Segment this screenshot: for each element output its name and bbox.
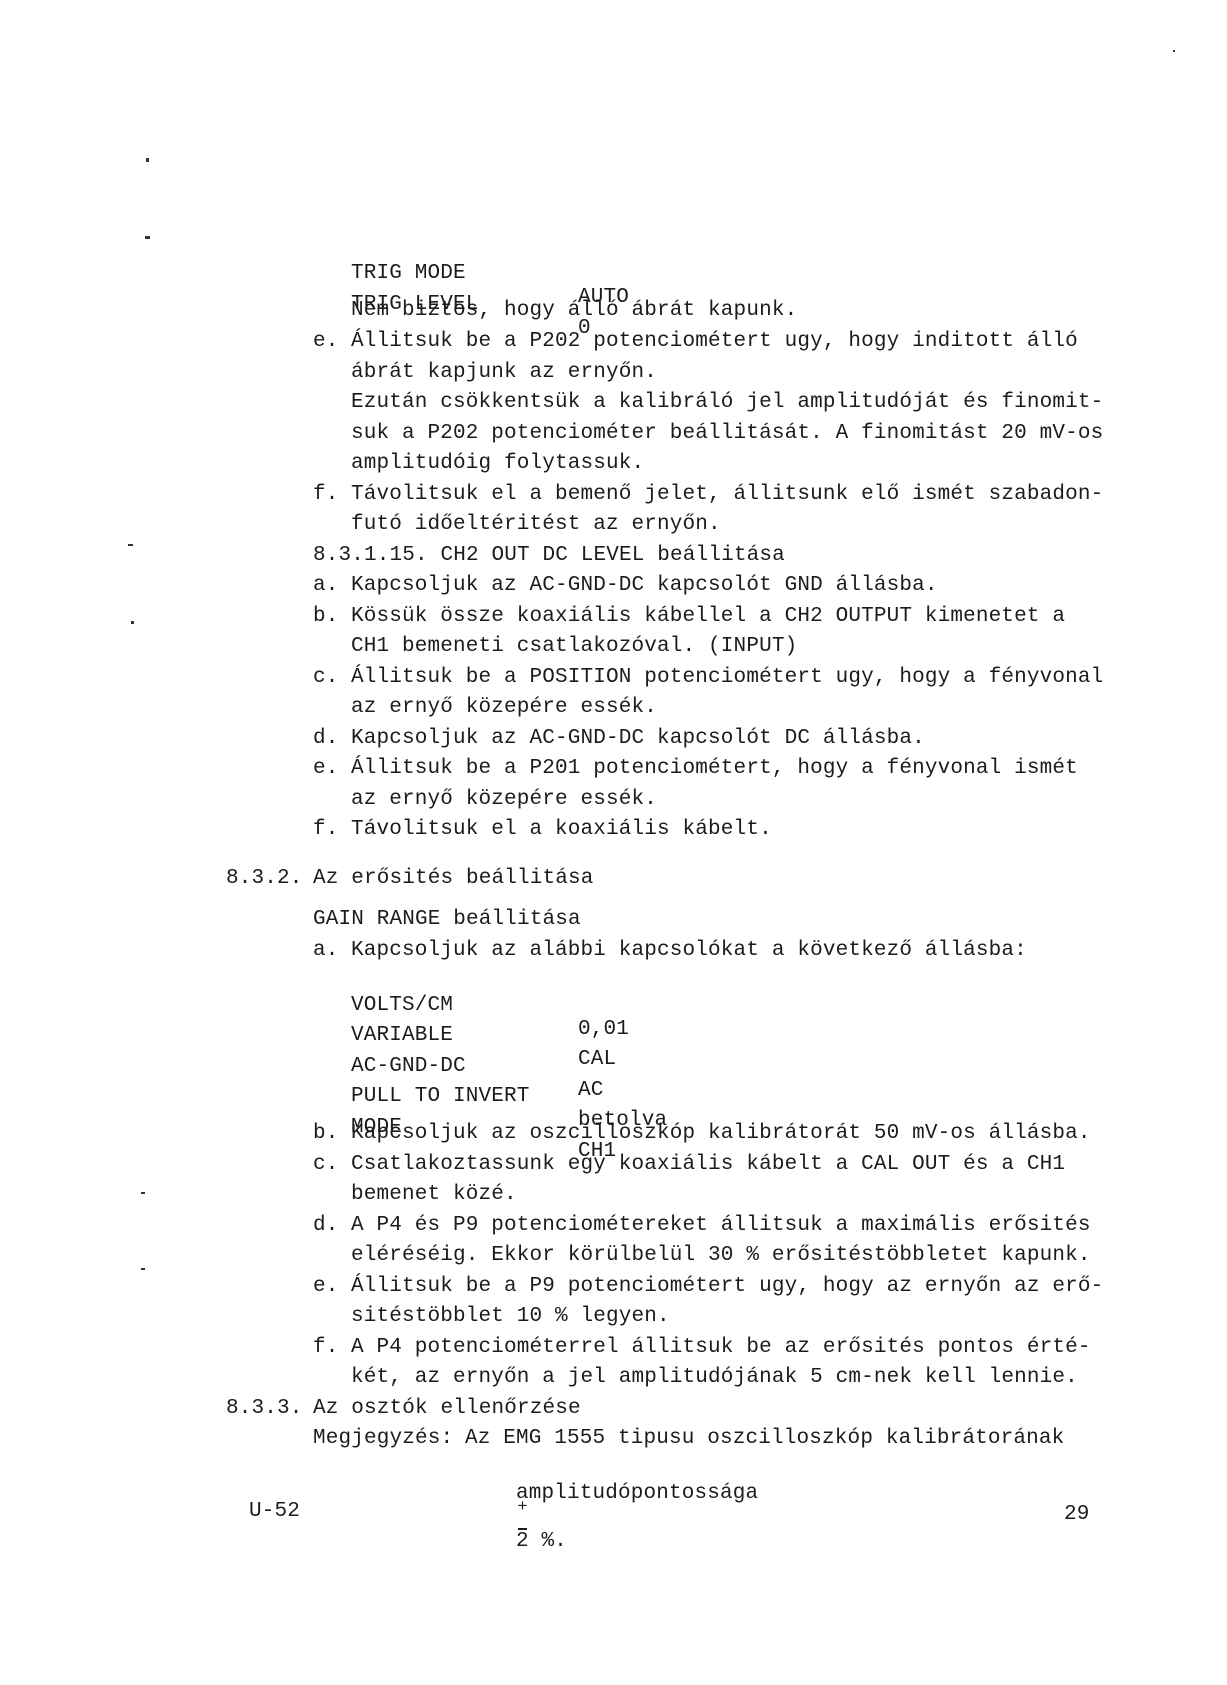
step-line: CH1 bemeneti csatlakozóval. (INPUT) [351,635,797,659]
step-label: d. [313,727,339,751]
step-label: c. [313,666,339,690]
scan-mark [145,236,150,239]
step-line: Csatlakoztassunk egy koaxiális kábelt a … [351,1153,1065,1177]
setting-key: VOLTS/CM [351,994,453,1018]
paragraph-line: Nem biztos, hogy álló ábrát kapunk. [351,299,797,323]
scan-mark [141,1192,145,1194]
plus-minus-symbol: + [516,1506,529,1530]
step-line: ábrát kapjunk az ernyőn. [351,361,657,385]
step-label: f. [313,818,339,842]
section-heading: 8.3.1.15. CH2 OUT DC LEVEL beállitása [313,544,785,568]
setting-value: CAL [578,1048,616,1072]
section-title: Az erősités beállitása [313,867,594,891]
note-text: amplitudópontossága [516,1482,758,1505]
subheading: GAIN RANGE beállitása [313,908,581,932]
step-line: A P4 potenciométerrel állitsuk be az erő… [351,1336,1091,1360]
step-line: Távolitsuk el a koaxiális kábelt. [351,818,772,842]
document-page: TRIG MODE AUTO TRIG LEVEL 0 Nem biztos, … [0,0,1227,1685]
section-number: 8.3.3. [226,1397,303,1421]
step-label: a. [313,939,339,963]
step-label: e. [313,330,339,354]
step-label: f. [313,1336,339,1360]
note-text: 2 %. [516,1530,567,1553]
step-line: Állitsuk be a P201 potenciométert, hogy … [351,757,1078,781]
step-label: c. [313,1153,339,1177]
setting-row: MODE CH1 [0,1092,51,1188]
scan-mark [1173,50,1175,52]
step-line: eléréséig. Ekkor körülbelül 30 % erősité… [351,1244,1091,1268]
step-line: A P4 és P9 potenciométereket állitsuk a … [351,1214,1091,1238]
note-line: amplitudópontossága + 2 %. [465,1458,758,1578]
footer-code: U-52 [249,1500,300,1524]
step-line: suk a P202 potenciométer beállitását. A … [351,422,1103,446]
step-line: amplitudóig folytassuk. [351,452,644,476]
step-label: b. [313,1122,339,1146]
step-line: sitéstöbblet 10 % legyen. [351,1305,670,1329]
scan-mark [146,158,149,162]
step-line: Kapcsoljuk az alábbi kapcsolókat a követ… [351,939,1027,963]
setting-key: AC-GND-DC [351,1055,466,1079]
step-line: az ernyő közepére essék. [351,788,657,812]
setting-key: PULL TO INVERT [351,1085,530,1109]
setting-value: 0,01 [578,1018,629,1042]
step-line: Állitsuk be a POSITION potenciométert ug… [351,666,1103,690]
step-line: futó időeltéritést az ernyőn. [351,513,721,537]
setting-key: VARIABLE [351,1024,453,1048]
step-line: két, az ernyőn a jel amplitudójának 5 cm… [351,1366,1078,1390]
section-number: 8.3.2. [226,867,303,891]
section-title: Az osztók ellenőrzése [313,1397,581,1421]
step-label: e. [313,757,339,781]
scan-mark [128,544,133,546]
step-line: Ezután csökkentsük a kalibráló jel ampli… [351,391,1103,415]
step-line: Kössük össze koaxiális kábellel a CH2 OU… [351,605,1065,629]
scan-mark [141,1268,145,1270]
note-line: Az EMG 1555 tipusu oszcilloszkóp kalibrá… [465,1427,1064,1451]
step-line: Kapcsoljuk az AC-GND-DC kapcsolót DC áll… [351,727,925,751]
setting-value: AC [578,1079,604,1103]
step-line: Kapcsoljuk az oszcilloszkóp kalibrátorát… [351,1122,1091,1146]
step-label: f. [313,483,339,507]
step-label: d. [313,1214,339,1238]
step-line: Állitsuk be a P9 potenciométert ugy, hog… [351,1275,1103,1299]
step-label: a. [313,574,339,598]
step-label: e. [313,1275,339,1299]
step-line: bemenet közé. [351,1183,517,1207]
setting-key: TRIG MODE [351,262,466,286]
page-number: 29 [1064,1503,1090,1527]
note-label: Megjegyzés: [313,1427,453,1451]
step-line: Kapcsoljuk az AC-GND-DC kapcsolót GND ál… [351,574,938,598]
setting-row: TRIG LEVEL 0 [0,269,51,365]
step-line: Állitsuk be a P202 potenciométert ugy, h… [351,330,1078,354]
step-line: Távolitsuk el a bemenő jelet, állitsunk … [351,483,1103,507]
scan-mark [131,621,134,624]
step-line: az ernyő közepére essék. [351,696,657,720]
step-label: b. [313,605,339,629]
